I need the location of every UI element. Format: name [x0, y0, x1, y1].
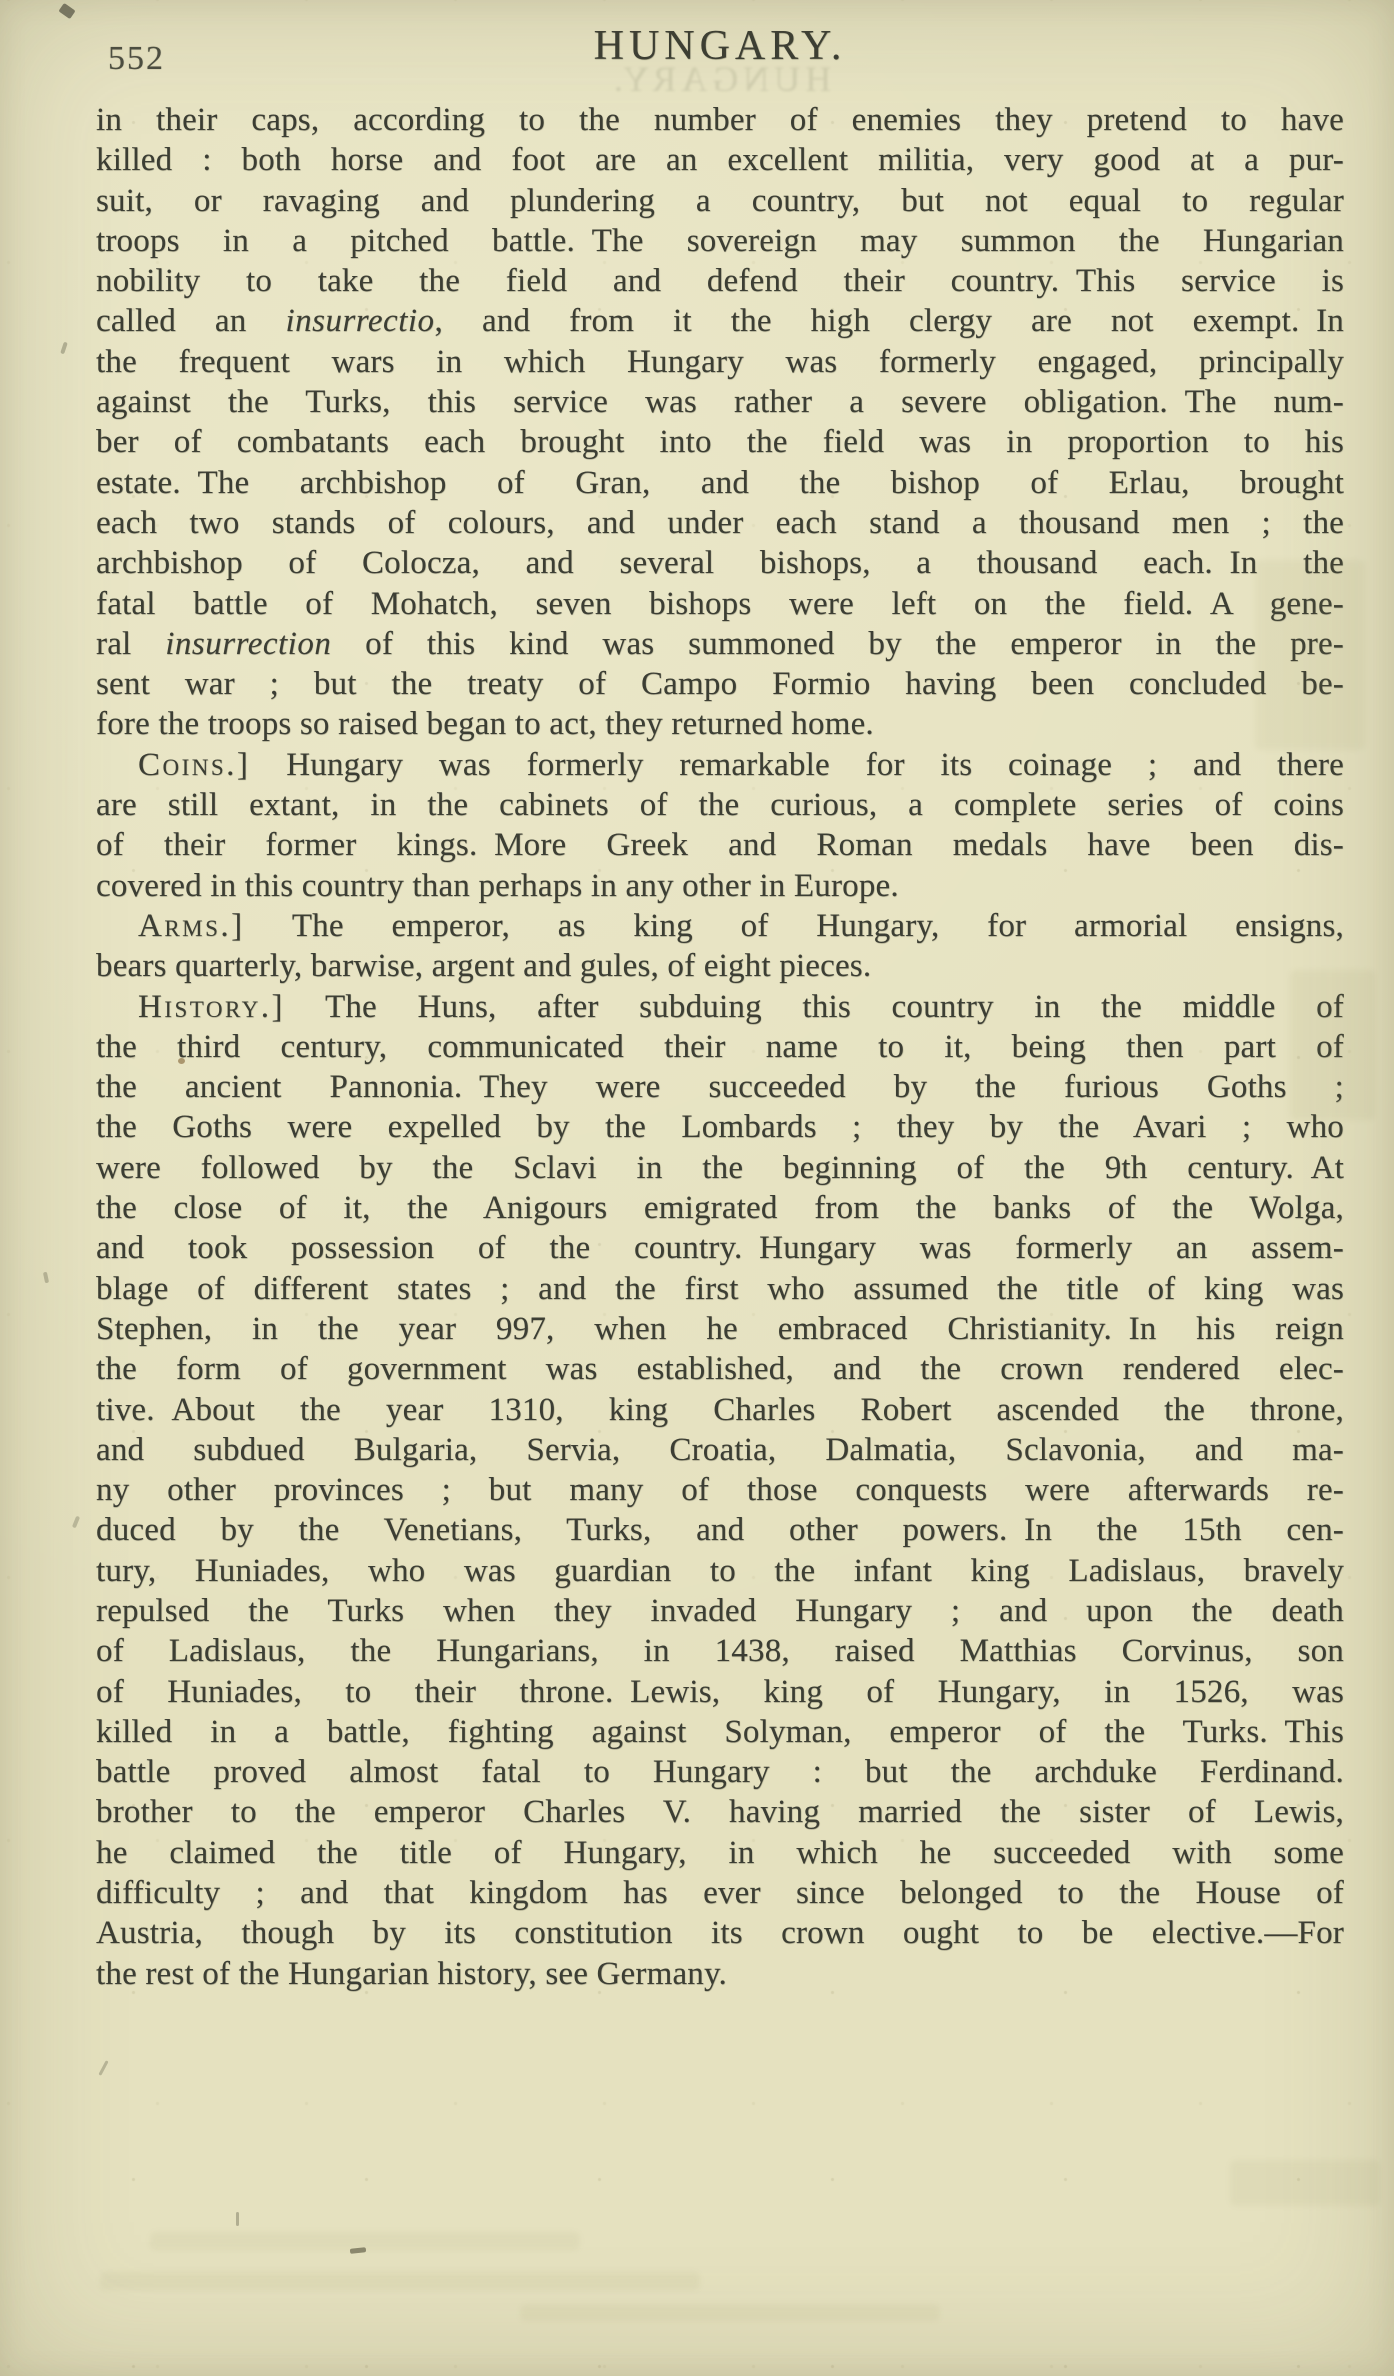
text-line: tury, Huniades, who was guardian to the …: [96, 1551, 1344, 1591]
text-line: the Goths were expelled by the Lombards …: [96, 1107, 1344, 1147]
ink-speck: [236, 2212, 239, 2226]
text-line: the ancient Pannonia. They were succeede…: [96, 1067, 1344, 1107]
text-line: sent war ; but the treaty of Campo Formi…: [96, 664, 1344, 704]
text-line: the form of government was established, …: [96, 1349, 1344, 1389]
text-line: troops in a pitched battle. The sovereig…: [96, 221, 1344, 261]
text-line: killed : both horse and foot are an exce…: [96, 140, 1344, 180]
page-header-band: HUNGARY.: [96, 22, 1344, 70]
text-line: the rest of the Hungarian history, see G…: [96, 1954, 1344, 1994]
show-through-smudge: [100, 2272, 700, 2290]
text-line: suit, or ravaging and plundering a count…: [96, 181, 1344, 221]
italic-term: insurrectio: [285, 303, 434, 339]
text-line: blage of different states ; and the firs…: [96, 1269, 1344, 1309]
text-line: Coins.] Hungary was formerly remarkable …: [96, 745, 1344, 785]
ink-speck: [72, 1516, 80, 1529]
show-through-smudge: [1230, 2160, 1380, 2206]
text-line: History.] The Huns, after subduing this …: [96, 987, 1344, 1027]
section-heading: Coins.]: [138, 747, 250, 783]
text-line: battle proved almost fatal to Hungary : …: [96, 1752, 1344, 1792]
text-line: called an insurrectio, and from it the h…: [96, 301, 1344, 341]
show-through-smudge: [150, 2232, 580, 2250]
text-line: of their former kings. More Greek and Ro…: [96, 825, 1344, 865]
text-line: were followed by the Sclavi in the begin…: [96, 1148, 1344, 1188]
text-line: brother to the emperor Charles V. having…: [96, 1792, 1344, 1832]
text-line: and subdued Bulgaria, Servia, Croatia, D…: [96, 1430, 1344, 1470]
ink-speck: [350, 2247, 366, 2254]
text-line: estate. The archbishop of Gran, and the …: [96, 463, 1344, 503]
text-line: covered in this country than perhaps in …: [96, 866, 1344, 906]
italic-term: insurrection: [165, 626, 331, 662]
text-line: ber of combatants each brought into the …: [96, 422, 1344, 462]
text-line: of Ladislaus, the Hungarians, in 1438, r…: [96, 1631, 1344, 1671]
paragraph: Coins.] Hungary was formerly remarkable …: [96, 745, 1344, 906]
text-line: bears quarterly, barwise, argent and gul…: [96, 946, 1344, 986]
text-line: in their caps, according to the number o…: [96, 100, 1344, 140]
text-line: duced by the Venetians, Turks, and other…: [96, 1510, 1344, 1550]
text-line: Arms.] The emperor, as king of Hungary, …: [96, 906, 1344, 946]
text-line: the third century, communicated their na…: [96, 1027, 1344, 1067]
text-line: he claimed the title of Hungary, in whic…: [96, 1833, 1344, 1873]
ink-speck: [43, 1272, 49, 1284]
show-through-smudge: [520, 2305, 940, 2321]
text-line: of Huniades, to their throne. Lewis, kin…: [96, 1672, 1344, 1712]
scanned-book-page: { "page": { "number": "552", "header": "…: [0, 0, 1394, 2376]
section-heading: History.]: [138, 989, 285, 1025]
text-line: the frequent wars in which Hungary was f…: [96, 342, 1344, 382]
text-line: fore the troops so raised began to act, …: [96, 704, 1344, 744]
paragraph: in their caps, according to the number o…: [96, 100, 1344, 745]
text-line: nobility to take the field and defend th…: [96, 261, 1344, 301]
text-line: repulsed the Turks when they invaded Hun…: [96, 1591, 1344, 1631]
page-number: 552: [108, 40, 165, 78]
text-line: tive. About the year 1310, king Charles …: [96, 1390, 1344, 1430]
text-line: difficulty ; and that kingdom has ever s…: [96, 1873, 1344, 1913]
text-line: the close of it, the Anigours emigrated …: [96, 1188, 1344, 1228]
text-line: ral insurrection of this kind was summon…: [96, 624, 1344, 664]
ink-speck: [60, 342, 68, 355]
text-line: archbishop of Colocza, and several bisho…: [96, 543, 1344, 583]
text-block: in their caps, according to the number o…: [96, 100, 1344, 1994]
text-line: and took possession of the country. Hung…: [96, 1228, 1344, 1268]
text-line: ny other provinces ; but many of those c…: [96, 1470, 1344, 1510]
paragraph: Arms.] The emperor, as king of Hungary, …: [96, 906, 1344, 987]
text-line: Stephen, in the year 997, when he embrac…: [96, 1309, 1344, 1349]
text-line: each two stands of colours, and under ea…: [96, 503, 1344, 543]
section-heading: Arms.]: [138, 908, 245, 944]
paragraph: History.] The Huns, after subduing this …: [96, 987, 1344, 1994]
text-line: Austria, though by its constitution its …: [96, 1913, 1344, 1953]
text-line: against the Turks, this service was rath…: [96, 382, 1344, 422]
ink-speck: [58, 3, 75, 19]
text-line: killed in a battle, fighting against Sol…: [96, 1712, 1344, 1752]
ink-speck: [98, 2060, 108, 2076]
text-line: are still extant, in the cabinets of the…: [96, 785, 1344, 825]
running-head-title: HUNGARY.: [594, 23, 847, 69]
text-line: fatal battle of Mohatch, seven bishops w…: [96, 584, 1344, 624]
